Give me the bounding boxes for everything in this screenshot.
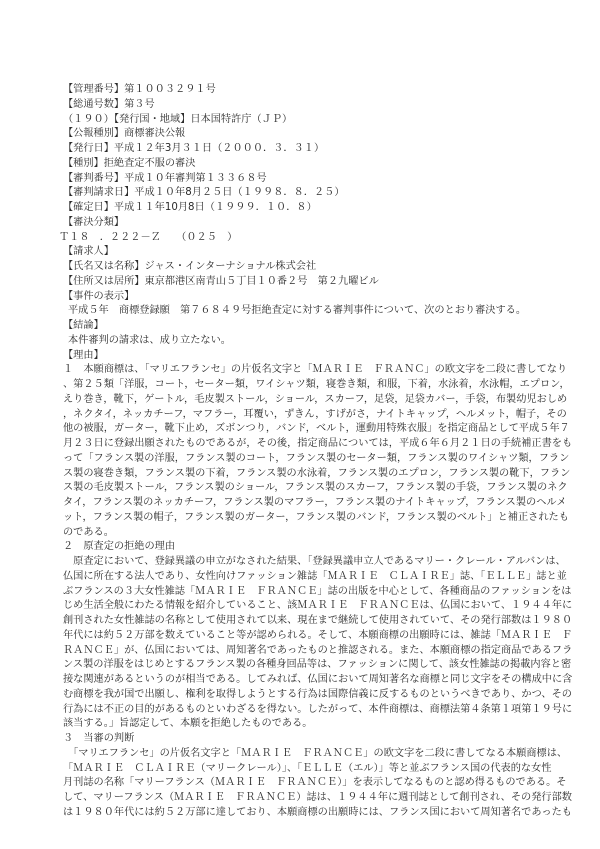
paragraph-line: 他の被服，ガーター，靴下止め，ズボンつり，バンド，ベルト，運動用特殊衣服」を指定… [63,422,545,437]
case-display-text: 平成５年 商標登録願 第７６８４９号拒絶査定に対する審判事件について、次のとおり… [63,304,545,319]
section-2-original-rejection-reason: 原査定において、登録異議の申立がなされた結果、「登録異議申立人であるマリー・クレ… [63,555,545,732]
paragraph-line: 仏国に所在する法人であり、女性向けファッション雑誌「ＭＡＲＩＥ ＣＬＡＩＲＥ」誌… [63,570,545,585]
decision-classification-value: Ｔ１８ ．２２２－Ｚ （０２５ ） [59,231,545,246]
paragraph-line: って「フランス製の洋服，フランス製のコート，フランス製のセーター類，フランス製の… [63,452,545,467]
trademark-decision-document: 【管理番号】第１００３２９１号 【総通号数】第３号 （１９０）【発行国・地域】日… [63,83,545,821]
paragraph-line: タイ，フランス製のネッカチーフ，フランス製のマフラー，フランス製のナイトキャップ… [63,496,545,511]
claimant-name: 【氏名又は名称】ジャス・インターナショナル株式会社 [63,260,545,275]
decision-category: 【種別】拒絶査定不服の審決 [63,157,545,172]
paragraph-line: ス製の毛皮製ストール，フランス製のショール，フランス製のスカーフ，フランス製の手… [63,481,545,496]
paragraph-line: む商標を我が国で出願し、権利を取得しようとする行為は国際信義に反するものというべ… [63,688,545,703]
total-issues: 【総通号数】第３号 [63,98,545,113]
paragraph-line: １ 本願商標は、「マリエフランセ」の片仮名文字と「ＭＡＲＩＥ ＦＲＡＮＣ」の欧文… [63,363,545,378]
section-3-heading: ３ 当審の判断 [63,732,545,747]
section-2-heading: ２ 原査定の拒絶の理由 [63,540,545,555]
section-3-trial-judgment: 「マリエフランセ」の片仮名文字と「ＭＡＲＩＥ ＦＲＡＮＣＥ」の欧文字を二段に書し… [63,747,545,821]
issuing-country: （１９０）【発行国・地域】日本国特許庁（ＪＰ） [63,113,545,128]
paragraph-line: じめ生活全般にわたる情報を紹介していること、該ＭＡＲＩＥ ＦＲＡＮＣＥは、仏国に… [63,599,545,614]
paragraph-line: 月刊誌の名称「マリーフランス（ＭＡＲＩＥ ＦＲＡＮＣＥ）」を表示してなるものと認… [63,776,545,791]
paragraph-line: ット，フランス製の帽子，フランス製のガーター，フランス製のバンド，フランス製のベ… [63,511,545,526]
paragraph-line: ＲＡＮＣＥ」が、仏国においては、周知著名であったものと推認される。また、本願商標… [63,644,545,659]
management-number: 【管理番号】第１００３２９１号 [63,83,545,98]
paragraph-line: 、第２５類「洋服，コート，セーター類，ワイシャツ類，寝巻き類，和服，下着，水泳着… [63,378,545,393]
trial-request-date: 【審判請求日】平成１０年8月２５日（１９９８．８．２５） [63,186,545,201]
section-1-application-summary: １ 本願商標は、「マリエフランセ」の片仮名文字と「ＭＡＲＩＥ ＦＲＡＮＣ」の欧文… [63,363,545,540]
paragraph-line: 原査定において、登録異議の申立がなされた結果、「登録異議申立人であるマリー・クレ… [63,555,545,570]
conclusion-label: 【結論】 [63,319,545,334]
gazette-type: 【公報種別】商標審決公報 [63,127,545,142]
paragraph-line: 接な関連があるというのが相当である。してみれば、仏国において周知著名な商標と同じ… [63,673,545,688]
paragraph-line: 創刊された女性雑誌の名称として使用されて以来、現在まで継続して使用されていて、そ… [63,614,545,629]
paragraph-line: して、マリーフランス（ＭＡＲＩＥ ＦＲＡＮＣＥ）誌は、１９４４年に週刊誌として創… [63,791,545,806]
reason-label: 【理由】 [63,349,545,364]
paragraph-line: ，ネクタイ，ネッカチーフ，マフラー，耳覆い，ずきん，すげがさ，ナイトキャップ，ヘ… [63,408,545,423]
paragraph-line: えり巻き，靴下，ゲートル，毛皮製ストール，ショール，スカーフ，足袋，足袋カバー，… [63,393,545,408]
paragraph-line: 「マリエフランセ」の片仮名文字と「ＭＡＲＩＥ ＦＲＡＮＣＥ」の欧文字を二段に書し… [63,747,545,762]
paragraph-line: ンス製の洋服をはじめとするフランス製の各種身回品等は、ファッションに関して、該女… [63,658,545,673]
issue-date: 【発行日】平成１２年3月３１日（２０００．３．３１） [63,142,545,157]
paragraph-line: 行為には不正の目的があるものといわざるを得ない。したがって、本件商標は、商標法第… [63,703,545,718]
paragraph-line: 「ＭＡＲＩＥ ＣＬＡＩＲＥ（マリークレール）」、「ＥＬＬＥ（エル）」等と並ぶフラ… [63,762,545,777]
case-display-label: 【事件の表示】 [63,290,545,305]
claimant-label: 【請求人】 [63,245,545,260]
paragraph-line: 該当する。」旨認定して、本願を拒絶したものである。 [63,717,545,732]
paragraph-line: ぶフランスの３大女性雑誌「ＭＡＲＩＥ ＦＲＡＮＣＥ」誌の出版を中心として、各種商… [63,585,545,600]
paragraph-line: 月２３日に登録出願されたものであるが，その後，指定商品については，平成６年６月２… [63,437,545,452]
paragraph-line: のである。 [63,526,545,541]
finalization-date: 【確定日】平成１１年10月8日（１９９９．１０．８） [63,201,545,216]
paragraph-line: は１９８０年代には約５２万部に達しており、本願商標の出願時には、フランス国におい… [63,806,545,821]
paragraph-line: ス製の寝巻き類，フランス製の下着，フランス製の水泳着，フランス製のエプロン，フラ… [63,467,545,482]
paragraph-line: 年代には約５２万部を数えていること等が認められる。そして、本願商標の出願時には、… [63,629,545,644]
decision-classification-label: 【審決分類】 [63,216,545,231]
claimant-address: 【住所又は居所】東京都港区南青山５丁目１０番２号 第２九曜ビル [63,275,545,290]
conclusion-text: 本件審判の請求は、成り立たない。 [63,334,545,349]
trial-number: 【審判番号】平成１０年審判第１３３６８号 [63,172,545,187]
